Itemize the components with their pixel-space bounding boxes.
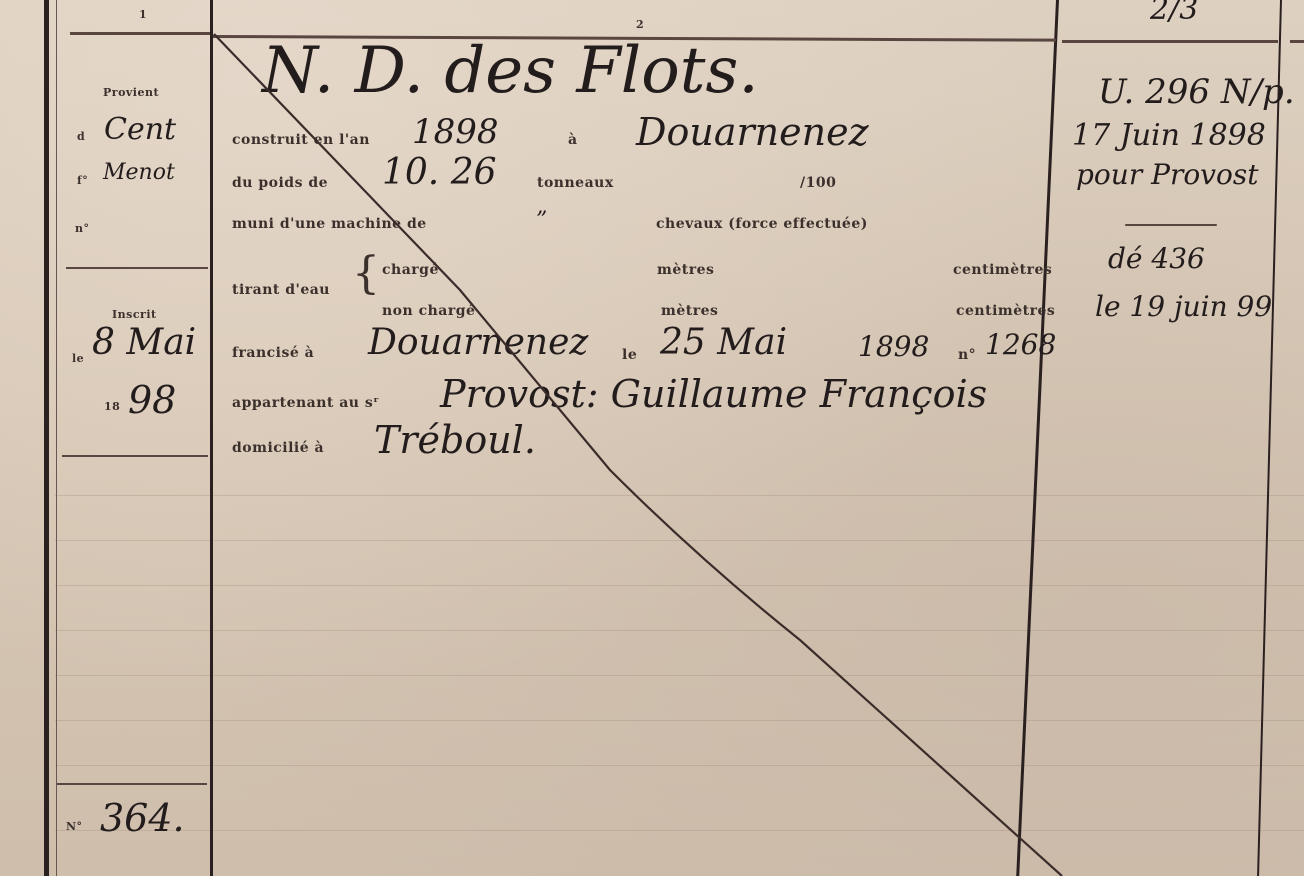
cancellation-stroke [0, 0, 1304, 876]
ledger-page: 1 2 2/3 Provient d Cent f° Menot n° Insc… [0, 0, 1304, 876]
